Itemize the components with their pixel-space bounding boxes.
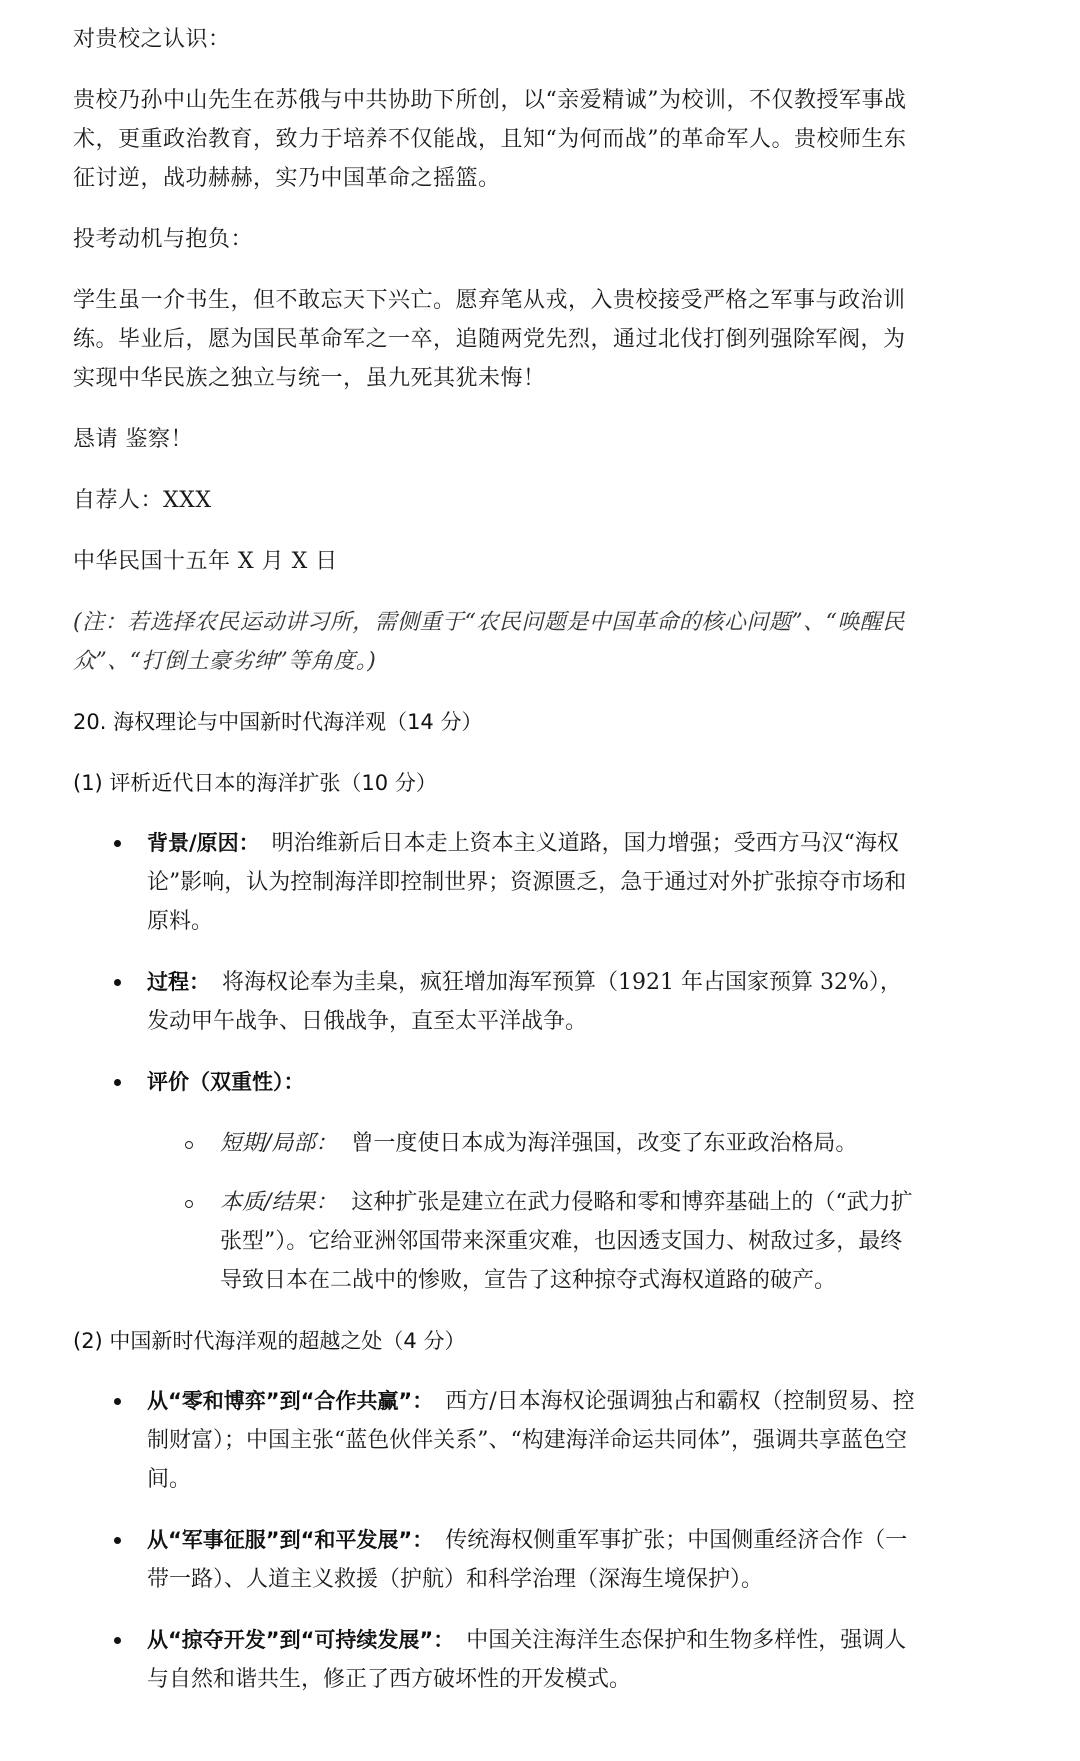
- part-1-title: (1) 评析近代日本的海洋扩张（10 分）: [73, 764, 923, 803]
- bullet-icon: [114, 979, 121, 986]
- question-20-title: 20. 海权理论与中国新时代海洋观（14 分）: [73, 703, 923, 742]
- sub-item-term: 短期/局部：: [220, 1131, 337, 1156]
- sub-list-item: 短期/局部：曾一度使日本成为海洋强国，改变了东亚政治格局。: [73, 1124, 923, 1163]
- letter-signature: 自荐人：XXX: [73, 481, 923, 520]
- bullet-icon: [114, 840, 121, 847]
- evaluation-sublist: 短期/局部：曾一度使日本成为海洋强国，改变了东亚政治格局。 本质/结果：这种扩张…: [73, 1124, 923, 1300]
- list-item: 过程：将海权论奉为圭臬，疯狂增加海军预算（1921 年占国家预算 32%），发动…: [73, 963, 923, 1041]
- letter-note: (注：若选择农民运动讲习所，需侧重于“农民问题是中国革命的核心问题”、“唤醒民众…: [73, 603, 923, 681]
- part-1-list: 背景/原因：明治维新后日本走上资本主义道路，国力增强；受西方马汉“海权论”影响，…: [73, 824, 923, 1300]
- letter-closing: 恳请 鉴察！: [73, 420, 923, 459]
- item-term: 过程：: [147, 970, 210, 994]
- list-item: 从“零和博弈”到“合作共赢”：西方/日本海权论强调独占和霸权（控制贸易、控制财富…: [73, 1382, 923, 1499]
- item-term: 从“军事征服”到“和平发展”：: [147, 1528, 433, 1552]
- document-page: 对贵校之认识： 贵校乃孙中山先生在苏俄与中共协助下所创，以“亲爱精诚”为校训，不…: [73, 0, 923, 1721]
- item-term: 从“零和博弈”到“合作共赢”：: [147, 1389, 433, 1413]
- item-text: 将海权论奉为圭臬，疯狂增加海军预算（1921 年占国家预算 32%），发动甲午战…: [147, 970, 902, 1034]
- bullet-icon: [114, 1079, 121, 1086]
- sub-list-item: 本质/结果：这种扩张是建立在武力侵略和零和博弈基础上的（“武力扩张型”）。它给亚…: [73, 1183, 923, 1300]
- part-2-title: (2) 中国新时代海洋观的超越之处（4 分）: [73, 1322, 923, 1361]
- list-item: 从“军事征服”到“和平发展”：传统海权侧重军事扩张；中国侧重经济合作（一带一路）…: [73, 1521, 923, 1599]
- bullet-icon: [114, 1637, 121, 1644]
- item-term: 背景/原因：: [147, 831, 260, 855]
- letter-date: 中华民国十五年 X 月 X 日: [73, 542, 923, 581]
- hollow-bullet-icon: [185, 1200, 193, 1208]
- part-2-list: 从“零和博弈”到“合作共赢”：西方/日本海权论强调独占和霸权（控制贸易、控制财富…: [73, 1382, 923, 1699]
- bullet-icon: [114, 1537, 121, 1544]
- sub-item-term: 本质/结果：: [220, 1190, 337, 1215]
- bullet-icon: [114, 1398, 121, 1405]
- list-item: 评价（双重性）： 短期/局部：曾一度使日本成为海洋强国，改变了东亚政治格局。 本…: [73, 1063, 923, 1300]
- item-text: 明治维新后日本走上资本主义道路，国力增强；受西方马汉“海权论”影响，认为控制海洋…: [147, 831, 906, 934]
- list-item: 从“掠夺开发”到“可持续发展”：中国关注海洋生态保护和生物多样性，强调人与自然和…: [73, 1621, 923, 1699]
- motive-section-label: 投考动机与抱负：: [73, 220, 923, 259]
- item-term: 评价（双重性）：: [147, 1070, 305, 1094]
- sub-item-text: 曾一度使日本成为海洋强国，改变了东亚政治格局。: [351, 1131, 857, 1156]
- school-section-text: 贵校乃孙中山先生在苏俄与中共协助下所创，以“亲爱精诚”为校训，不仅教授军事战术，…: [73, 81, 923, 198]
- item-term: 从“掠夺开发”到“可持续发展”：: [147, 1628, 454, 1652]
- hollow-bullet-icon: [185, 1141, 193, 1149]
- school-section-label: 对贵校之认识：: [73, 20, 923, 59]
- motive-section-text: 学生虽一介书生，但不敢忘天下兴亡。愿弃笔从戎，入贵校接受严格之军事与政治训练。毕…: [73, 281, 923, 398]
- list-item: 背景/原因：明治维新后日本走上资本主义道路，国力增强；受西方马汉“海权论”影响，…: [73, 824, 923, 941]
